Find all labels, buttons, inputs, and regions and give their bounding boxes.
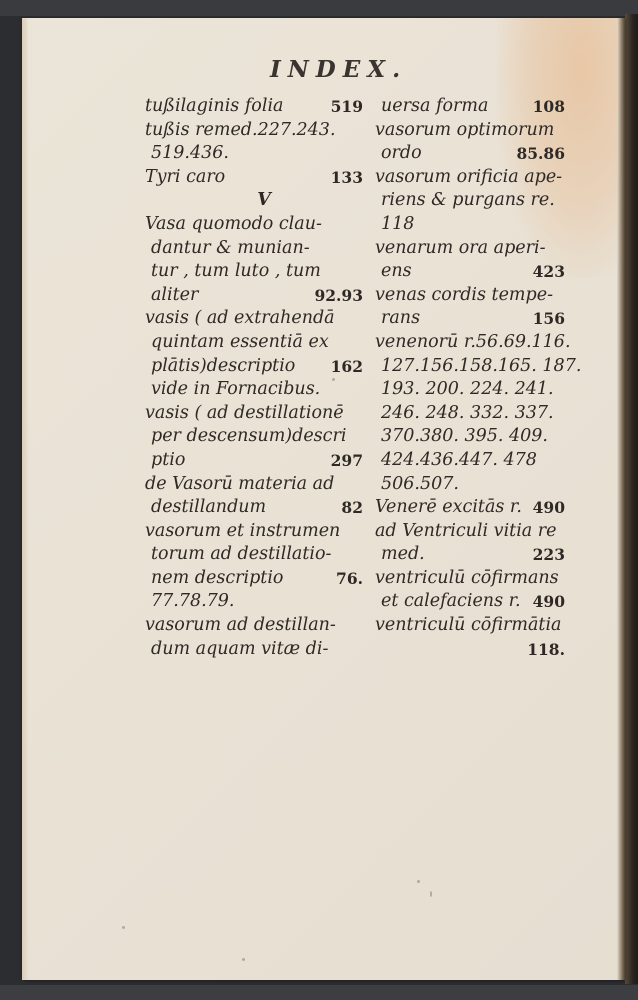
index-entry-line: venenorū r.56.69.116. — [375, 331, 565, 355]
index-entry: vasis ( ad extrahendāquintam essentiā ex… — [145, 307, 363, 401]
book-spine — [625, 14, 638, 984]
index-entry-text: med. — [381, 543, 425, 567]
index-entry-text: dum aquam vitæ di- — [151, 638, 328, 662]
index-entry-line: et calefaciens r.490 — [375, 590, 565, 614]
index-entry-text: tur , tum luto , tum — [151, 260, 321, 284]
index-entry-line: 118. — [375, 638, 565, 662]
index-entry-line: per descensum)descri — [145, 425, 363, 449]
index-entry-line: Venerē excitās r.490 — [375, 496, 565, 520]
index-entry-line: nem descriptio76. — [145, 567, 363, 591]
index-entry-text: vasorum ad destillan- — [145, 614, 336, 638]
index-entry-line: 246. 248. 332. 337. — [375, 402, 565, 426]
index-entry-line: vasis ( ad destillationē — [145, 402, 363, 426]
index-entry-text: et calefaciens r. — [381, 590, 521, 614]
index-entry-text: plātis)descriptio — [151, 355, 295, 379]
index-entry: vasis ( ad destillationēper descensum)de… — [145, 402, 363, 473]
page-right-edge — [617, 18, 625, 980]
index-entry-line: 193. 200. 224. 241. — [375, 378, 565, 402]
index-entry-line: 370.380. 395. 409. — [375, 425, 565, 449]
index-entry-line: de Vasorū materia ad — [145, 473, 363, 497]
index-page-number: 490 — [533, 496, 565, 520]
index-entry-text: 370.380. 395. 409. — [381, 425, 548, 449]
index-entry: vasorum et instrumentorum ad destillatio… — [145, 520, 363, 614]
paper-speck — [417, 880, 420, 883]
index-entry-text: 246. 248. 332. 337. — [381, 402, 554, 426]
index-entry: tußis remed.227.243.519.436. — [145, 119, 363, 166]
index-entry-text: destillandum — [151, 496, 266, 520]
index-entry-line: venarum ora aperi- — [375, 237, 565, 261]
index-entry-text: 127.156.158.165. 187. — [381, 355, 581, 379]
index-entry-text: vasorum orificia ape- — [375, 166, 562, 190]
index-header: INDEX. — [270, 56, 407, 83]
index-entry-line: 424.436.447. 478 — [375, 449, 565, 473]
index-entry: uersa forma108 — [375, 95, 565, 119]
index-entry-line: torum ad destillatio- — [145, 543, 363, 567]
index-entry-text: ventriculū cōfirmans — [375, 567, 559, 591]
paper-speck — [430, 891, 432, 897]
index-entry: Tyri caro133 — [145, 166, 363, 190]
index-entry-text: rans — [381, 307, 420, 331]
index-entry-text: riens & purgans re. — [381, 189, 555, 213]
index-entry-text: ordo — [381, 142, 422, 166]
index-entry-text: de Vasorū materia ad — [145, 473, 334, 497]
index-page-number: 85.86 — [516, 142, 565, 166]
paper-speck — [122, 926, 125, 929]
index-entry: venarum ora aperi-ens423 — [375, 237, 565, 284]
index-page-number: 92.93 — [314, 284, 363, 308]
index-entry-text: vide in Fornacibus. — [151, 378, 320, 402]
paper-speck — [242, 958, 245, 961]
index-entry-text: vasis ( ad destillationē — [145, 402, 344, 426]
scanner-background-bottom — [0, 985, 638, 1000]
index-page-number: 118. — [527, 638, 565, 662]
index-entry-text: 424.436.447. 478 — [381, 449, 537, 473]
index-entry-line: tußis remed.227.243. — [145, 119, 363, 143]
index-entry-text: aliter — [151, 284, 198, 308]
index-page-number: 76. — [336, 567, 363, 591]
index-entry-line: ptio297 — [145, 449, 363, 473]
index-entry-line: destillandum82 — [145, 496, 363, 520]
index-entry-line: ad Ventriculi vitia re — [375, 520, 565, 544]
index-entry-line: uersa forma108 — [375, 95, 565, 119]
index-entry-text: tußilaginis folia — [145, 95, 283, 119]
index-entry-text: uersa forma — [381, 95, 488, 119]
index-entry-text: 506.507. — [381, 473, 459, 497]
index-column-right: uersa forma108vasorum optimorumordo85.86… — [375, 95, 565, 661]
page-left-edge — [22, 18, 28, 980]
index-entry: ad Ventriculi vitia remed.223 — [375, 520, 565, 567]
index-page-number: 223 — [533, 543, 565, 567]
index-entry-text: venas cordis tempe- — [375, 284, 553, 308]
index-entry-text: vasorum et instrumen — [145, 520, 340, 544]
index-entry-text: 118 — [381, 213, 414, 237]
index-page-number: 82 — [341, 496, 363, 520]
index-entry-text: tußis remed.227.243. — [145, 119, 336, 143]
scanner-background-top — [0, 0, 638, 16]
index-entry: ventriculū cōfirmanset calefaciens r.490 — [375, 567, 565, 614]
index-column-left: tußilaginis folia519tußis remed.227.243.… — [145, 95, 363, 661]
index-entry-line: vasorum ad destillan- — [145, 614, 363, 638]
index-page-number: 108 — [533, 95, 565, 119]
index-entry-line: med.223 — [375, 543, 565, 567]
index-entry: tußilaginis folia519 — [145, 95, 363, 119]
index-page-number: 297 — [331, 449, 363, 473]
index-page-number: 162 — [331, 355, 363, 379]
index-entry-line: 77.78.79. — [145, 590, 363, 614]
index-entry: vasorum ad destillan-dum aquam vitæ di- — [145, 614, 363, 661]
index-entry-line: vasis ( ad extrahendā — [145, 307, 363, 331]
index-entry-text: 519.436. — [151, 142, 229, 166]
index-entry-line: dum aquam vitæ di- — [145, 638, 363, 662]
index-page-number: 423 — [533, 260, 565, 284]
index-page-number: 490 — [533, 590, 565, 614]
index-entry-line: 118 — [375, 213, 565, 237]
index-entry-line: 519.436. — [145, 142, 363, 166]
index-entry-line: ventriculū cōfirmātia — [375, 614, 565, 638]
index-entry-line: tur , tum luto , tum — [145, 260, 363, 284]
index-entry-line: 506.507. — [375, 473, 565, 497]
index-entry-text: torum ad destillatio- — [151, 543, 331, 567]
index-entry-line: venas cordis tempe- — [375, 284, 565, 308]
index-entry-line: quintam essentiā ex — [145, 331, 363, 355]
index-entry-text: vasorum optimorum — [375, 119, 554, 143]
index-entry: Vasa quomodo clau-dantur & munian-tur , … — [145, 213, 363, 307]
index-entry: vasorum orificia ape-riens & purgans re.… — [375, 166, 565, 237]
index-entry-line: vasorum et instrumen — [145, 520, 363, 544]
index-entry-text: Vasa quomodo clau- — [145, 213, 322, 237]
index-entry-text: venenorū r.56.69.116. — [375, 331, 571, 355]
index-entry-text: 77.78.79. — [151, 590, 235, 614]
index-entry: de Vasorū materia addestillandum82 — [145, 473, 363, 520]
index-entry-text: Venerē excitās r. — [375, 496, 522, 520]
index-entry-text: ventriculū cōfirmātia — [375, 614, 561, 638]
index-entry-line: 127.156.158.165. 187. — [375, 355, 565, 379]
index-page-number: 519 — [331, 95, 363, 119]
index-entry-text: nem descriptio — [151, 567, 283, 591]
scanned-book-page: INDEX. tußilaginis folia519tußis remed.2… — [0, 0, 638, 1000]
index-entry-line: dantur & munian- — [145, 237, 363, 261]
index-entry-line: ventriculū cōfirmans — [375, 567, 565, 591]
index-entry-line: aliter92.93 — [145, 284, 363, 308]
index-entry: ventriculū cōfirmātia118. — [375, 614, 565, 661]
index-entry-line: vasorum orificia ape- — [375, 166, 565, 190]
index-entry-text: ptio — [151, 449, 185, 473]
index-entry: Venerē excitās r.490 — [375, 496, 565, 520]
index-entry-text: vasis ( ad extrahendā — [145, 307, 335, 331]
index-entry: vasorum optimorumordo85.86 — [375, 119, 565, 166]
index-entry-text: quintam essentiā ex — [151, 331, 329, 355]
index-entry-line: plātis)descriptio162 — [145, 355, 363, 379]
index-entry-line: ens423 — [375, 260, 565, 284]
index-entry: venas cordis tempe-rans156 — [375, 284, 565, 331]
index-entry-text: dantur & munian- — [151, 237, 310, 261]
index-section-letter: V — [145, 189, 363, 213]
index-entry-line: vide in Fornacibus. — [145, 378, 363, 402]
index-entry-text: Tyri caro — [145, 166, 225, 190]
index-page-number: 133 — [331, 166, 363, 190]
index-entry-line: Vasa quomodo clau- — [145, 213, 363, 237]
index-entry-line: tußilaginis folia519 — [145, 95, 363, 119]
index-entry-text: ens — [381, 260, 412, 284]
index-page-number: 156 — [533, 307, 565, 331]
index-entry-line: vasorum optimorum — [375, 119, 565, 143]
index-entry-line: Tyri caro133 — [145, 166, 363, 190]
index-entry-text: per descensum)descri — [151, 425, 346, 449]
index-entry-text: ad Ventriculi vitia re — [375, 520, 557, 544]
index-entry-line: rans156 — [375, 307, 565, 331]
index-entry-text: 193. 200. 224. 241. — [381, 378, 554, 402]
index-entry-line: riens & purgans re. — [375, 189, 565, 213]
index-entry-line: ordo85.86 — [375, 142, 565, 166]
index-entry-text: venarum ora aperi- — [375, 237, 546, 261]
index-entry: venenorū r.56.69.116.127.156.158.165. 18… — [375, 331, 565, 496]
